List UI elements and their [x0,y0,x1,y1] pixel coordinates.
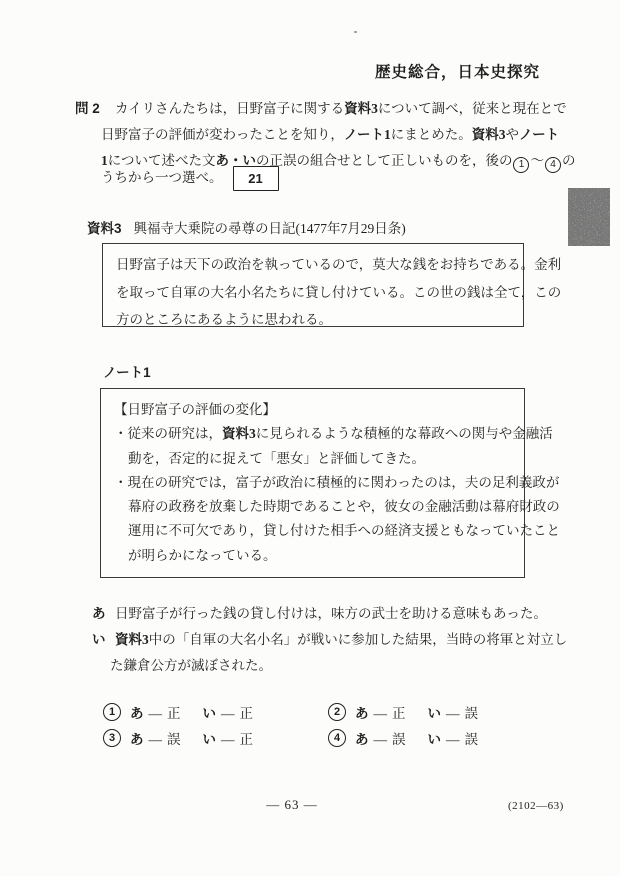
scan-speck [354,31,357,33]
note-line: 幕府の政務を放棄した時期であることや，彼女の金融活動は幕府財政の [114,495,511,519]
circled-number-1-icon: 1 [513,157,529,173]
shiryo3-title: 興福寺大乗院の尋尊の日記(1477年7月29日条) [134,221,406,236]
note-line: ・従来の研究は，資料3に見られるような積極的な幕政への関与や金融活 [114,422,511,446]
statement-a-text: 日野富子が行った銭の貸し付けは，味方の武士を助ける意味もあった。 [115,601,547,627]
question-line: カイリさんたちは，日野富子に関する資料3について調べ，従来と現在とで [115,96,567,122]
statement-i-label: い [92,627,106,653]
question-line: うちから一つ選べ。 21 [101,163,279,193]
statement-i-text: 資料3中の「自軍の大名小名」が戦いに参加した結果，当時の将軍と対立し [115,627,567,653]
shiryo3-heading: 資料3興福寺大乗院の尋尊の日記(1477年7月29日条) [87,216,406,242]
note-line: 動を，否定的に捉えて「悪女」と評価してきた。 [114,447,511,471]
option-4: 4 あ―誤い―誤 [328,725,478,751]
note-line: 運用に不可欠であり，貸し付けた相手への経済支援ともなっていたこと [114,519,511,543]
note-title: 【日野富子の評価の変化】 [114,398,511,422]
page-header-title: 歴史総合，日本史探究 [375,60,540,82]
statement-a-label: あ [92,601,106,627]
option-1: 1 あ―正い―正 [103,699,253,725]
quote-line: 方のところにあるように思われる。 [116,306,510,334]
statement-i-text: た鎌倉公方が滅ぼされた。 [110,653,272,679]
exam-page: 歴史総合，日本史探究 問 2 カイリさんたちは，日野富子に関する資料3について調… [0,0,620,876]
circled-number-3-icon: 3 [103,729,121,747]
shiryo3-quote-box: 日野富子は天下の政治を執っているので，莫大な銭をお持ちである。金利 を取って自軍… [102,243,524,327]
document-code: (2102—63) [508,800,564,812]
circled-number-2-icon: 2 [328,703,346,721]
question-line: 日野富子の評価が変わったことを知り，ノート1にまとめた。資料3やノート [101,122,559,148]
note-line: ・現在の研究では，富子が政治に積極的に関わったのは，夫の足利義政が [114,471,511,495]
note-line: が明らかになっている。 [114,544,511,568]
scan-artifact [568,188,610,246]
question-number-label: 問 2 [75,96,100,122]
quote-line: を取って自軍の大名小名たちに貸し付けている。この世の銭は全て，この [116,279,510,307]
quote-line: 日野富子は天下の政治を執っているので，莫大な銭をお持ちである。金利 [116,251,510,279]
shiryo3-label: 資料3 [87,221,122,236]
option-2: 2 あ―正い―誤 [328,699,478,725]
page-number: — 63 — [252,797,332,813]
option-3: 3 あ―誤い―正 [103,725,253,751]
circled-number-4-icon: 4 [328,729,346,747]
circled-number-1-icon: 1 [103,703,121,721]
note1-box: 【日野富子の評価の変化】 ・従来の研究は，資料3に見られるような積極的な幕政への… [100,388,525,578]
answer-number-box: 21 [233,166,279,191]
note1-label: ノート1 [103,361,151,381]
circled-number-4-icon: 4 [545,157,561,173]
